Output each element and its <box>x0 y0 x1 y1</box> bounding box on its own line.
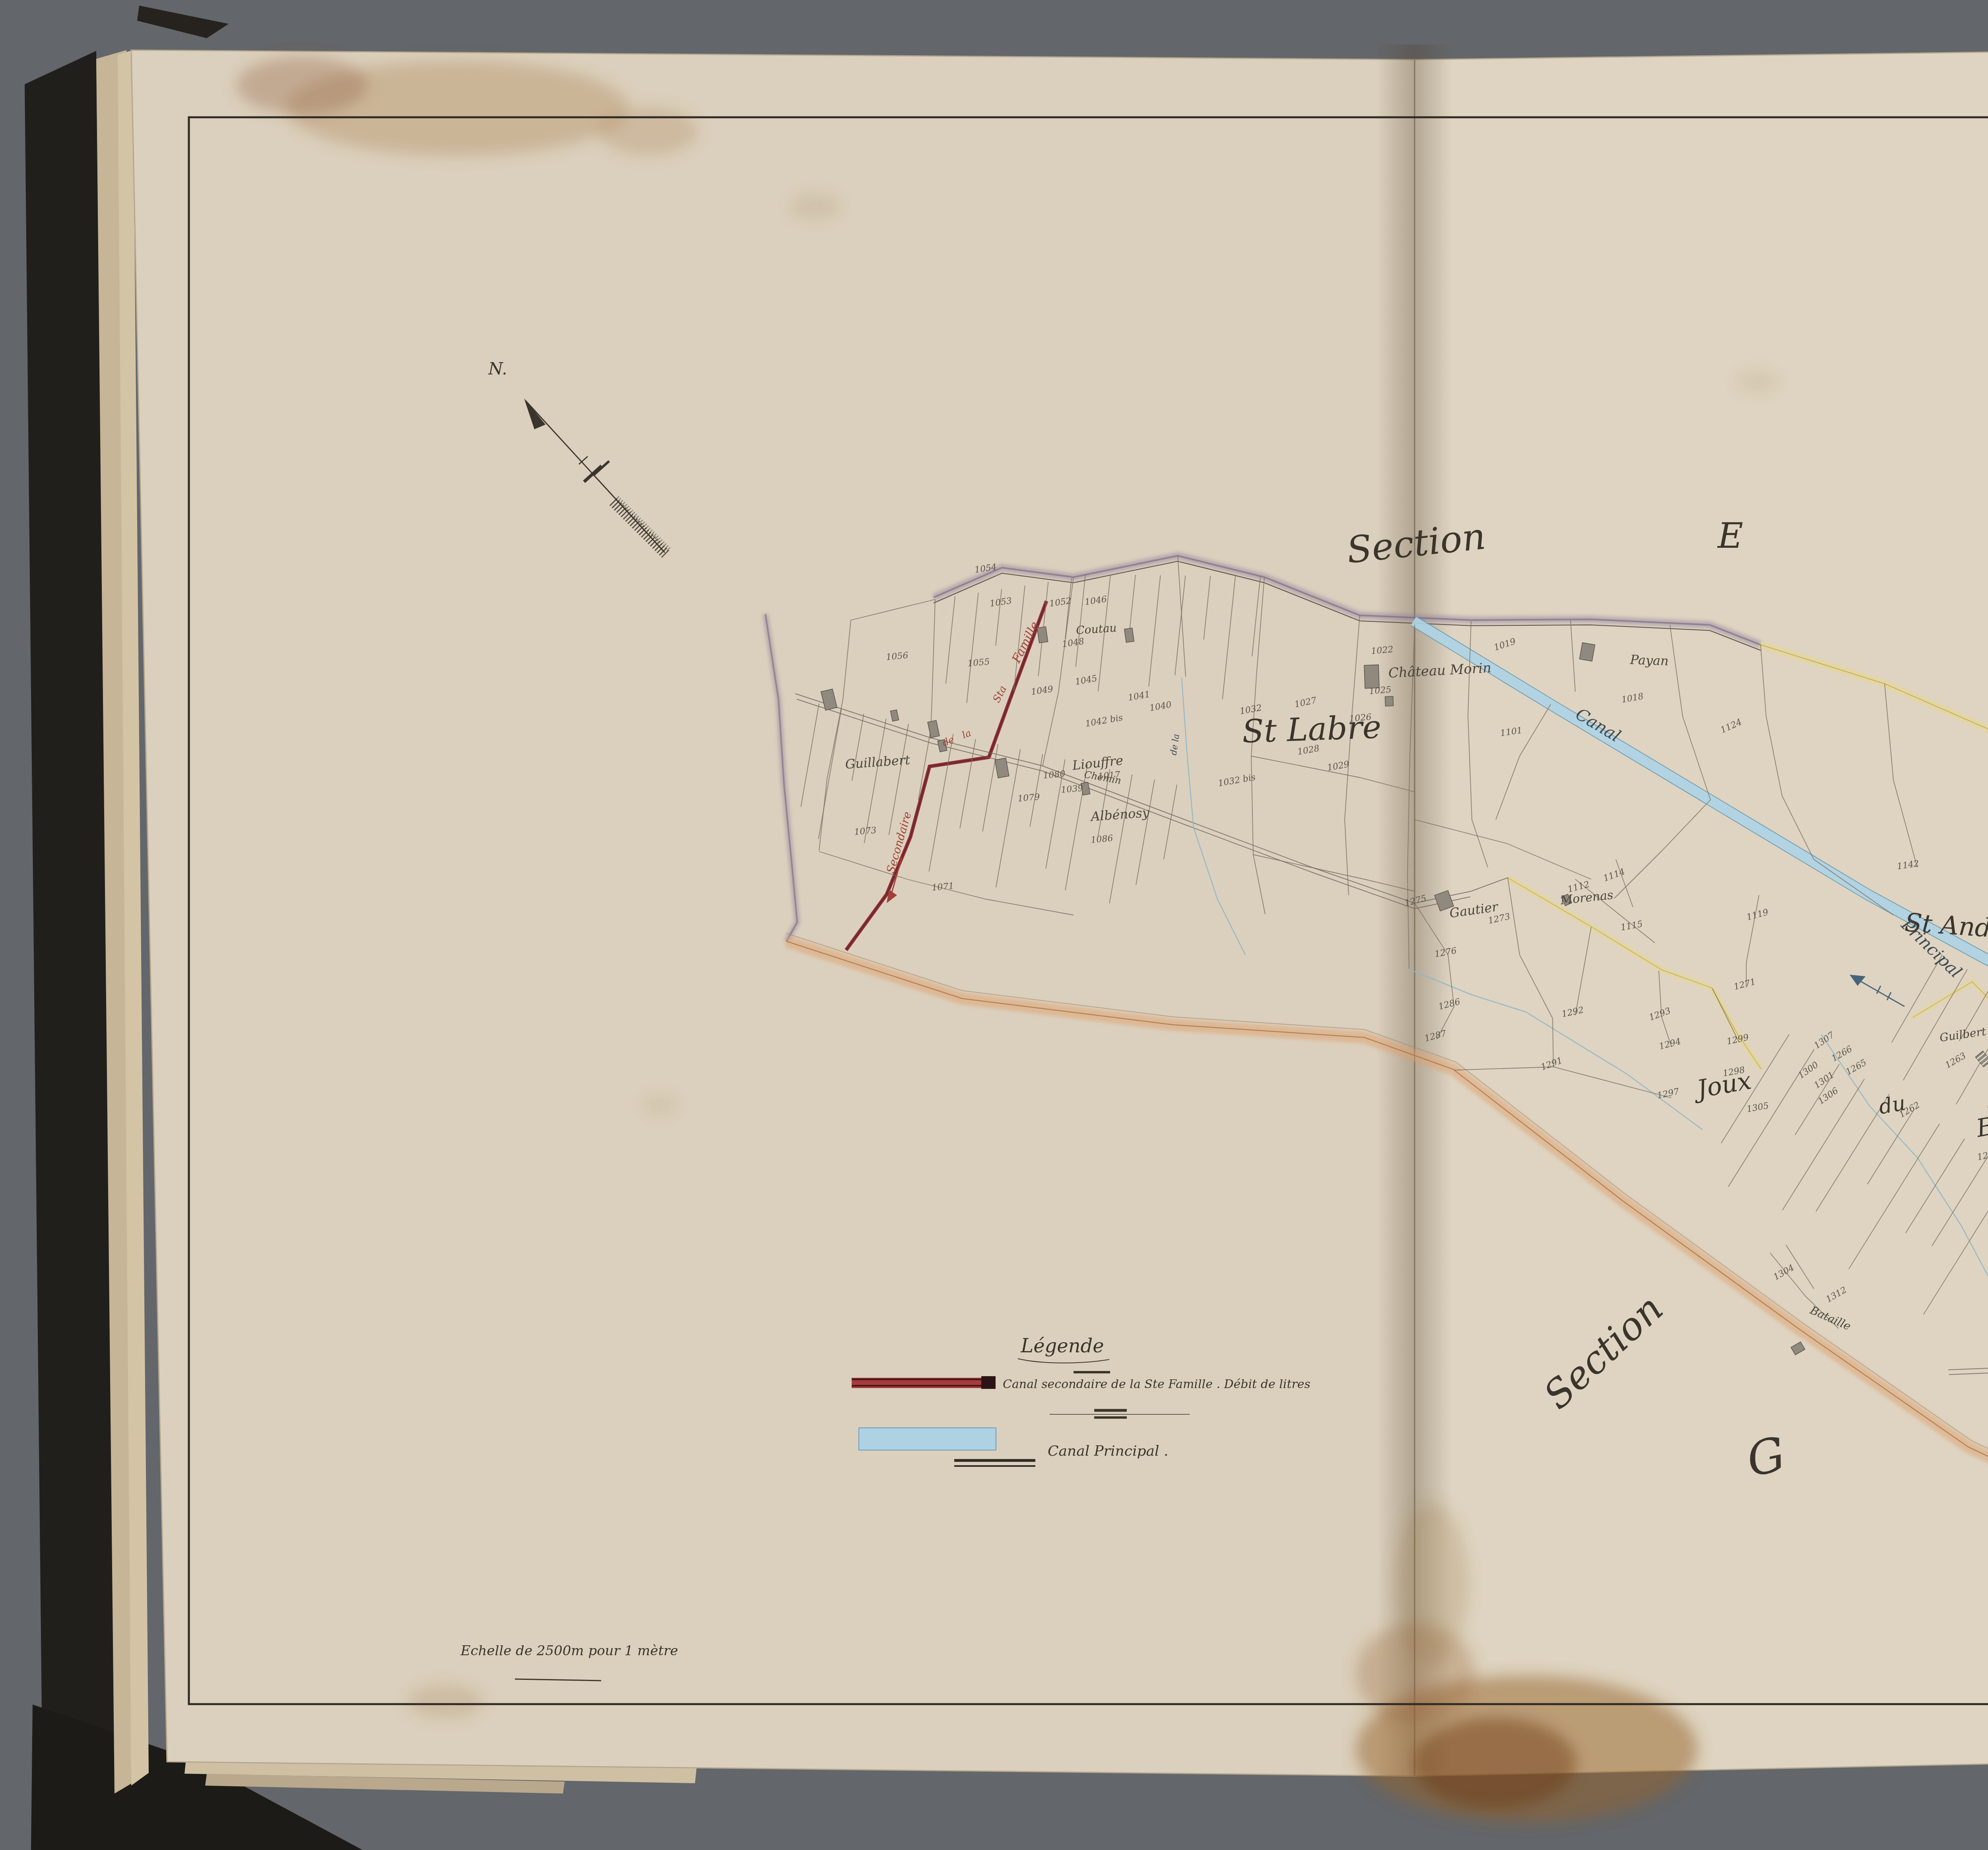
parcel-number: 1022 <box>1371 645 1394 657</box>
parcel-number: 1017 <box>1097 770 1120 782</box>
building <box>1580 643 1595 661</box>
svg-text:Echelle de 2500m pour 1 mètre: Echelle de 2500m pour 1 mètre <box>460 1643 678 1659</box>
parcel-number: 1055 <box>967 657 990 669</box>
parcel-number: 1025 <box>1369 685 1392 697</box>
place-label: E <box>1717 515 1743 556</box>
parcel-number: 1073 <box>854 826 877 838</box>
legend-swatch-main-canal <box>859 1428 996 1450</box>
building <box>1385 696 1394 706</box>
owner-name: Payan <box>1629 652 1669 668</box>
building <box>1364 665 1379 688</box>
parcel-number: 1079 <box>1017 792 1040 804</box>
legend-swatch-secondary-canal <box>852 1376 996 1389</box>
parcel-number: 1086 <box>1090 834 1113 845</box>
parcel-number: 1080 <box>1043 769 1066 781</box>
parcel-number: 1039 <box>1060 783 1083 795</box>
legend-title: Légende <box>1020 1335 1104 1357</box>
legend-label-main-canal: Canal Principal . <box>1048 1443 1168 1459</box>
page-left <box>131 50 1415 1776</box>
legend-label-secondary-canal: Canal secondaire de la Ste Famille . Déb… <box>1003 1377 1310 1391</box>
atlas-page: SECTION F. DITE DE ST ANDRÉ. 2e Feuille.… <box>0 0 1988 1850</box>
building <box>1124 628 1134 642</box>
parcel-number: 1026 <box>1349 712 1372 724</box>
parcel-number: 1071 <box>931 881 954 893</box>
north-label: N. <box>488 359 507 378</box>
book-background <box>0 0 1988 1850</box>
parcel-number: 1056 <box>885 651 909 663</box>
